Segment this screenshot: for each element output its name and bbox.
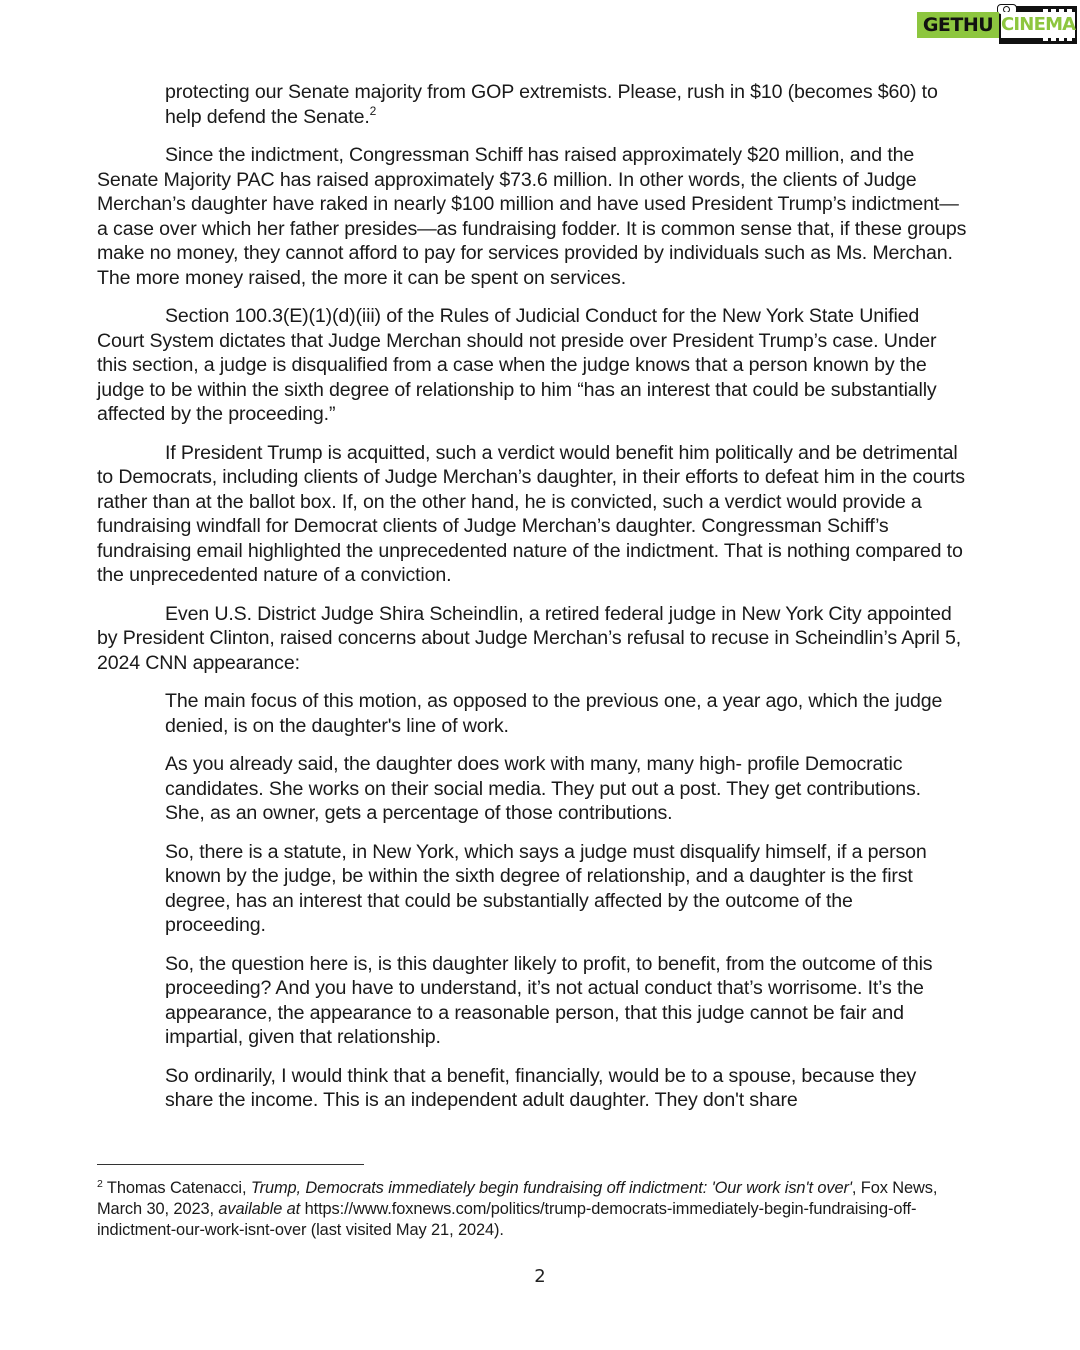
paragraph-text: protecting our Senate majority from GOP … <box>165 81 938 128</box>
page-number: 2 <box>0 1266 1080 1287</box>
footnote-author: Thomas Catenacci, <box>107 1179 251 1197</box>
quote-continuation: protecting our Senate majority from GOP … <box>165 80 953 129</box>
block-quote-2: As you already said, the daughter does w… <box>165 752 953 826</box>
watermark-text-gethu: GETHU <box>917 12 999 38</box>
footnote-ref[interactable]: 2 <box>370 104 377 118</box>
block-quote-5: So ordinarily, I would think that a bene… <box>165 1064 953 1113</box>
block-quote-4: So, the question here is, is this daught… <box>165 952 953 1050</box>
footnote-visited: (last visited May 21, 2024). <box>306 1221 504 1239</box>
footnote-2: 2 Thomas Catenacci, Trump, Democrats imm… <box>97 1178 957 1241</box>
footnote-title: Trump, Democrats immediately begin fundr… <box>251 1179 852 1197</box>
footnote-available-at: available at <box>218 1200 300 1218</box>
paragraph-scheindlin-intro: Even U.S. District Judge Shira Scheindli… <box>97 602 967 676</box>
paragraph-fundraising: Since the indictment, Congressman Schiff… <box>97 143 967 290</box>
watermark-logo: GETHU CINEMA <box>917 4 1077 44</box>
footnote-number: 2 <box>97 1178 103 1190</box>
document-body: protecting our Senate majority from GOP … <box>97 80 967 1127</box>
paragraph-section-100: Section 100.3(E)(1)(d)(iii) of the Rules… <box>97 304 967 427</box>
watermark-text-cinema: CINEMA <box>1001 12 1075 38</box>
block-quote-3: So, there is a statute, in New York, whi… <box>165 840 953 938</box>
block-quote-1: The main focus of this motion, as oppose… <box>165 689 953 738</box>
footnote-divider <box>97 1164 364 1165</box>
paragraph-verdict: If President Trump is acquitted, such a … <box>97 441 967 588</box>
